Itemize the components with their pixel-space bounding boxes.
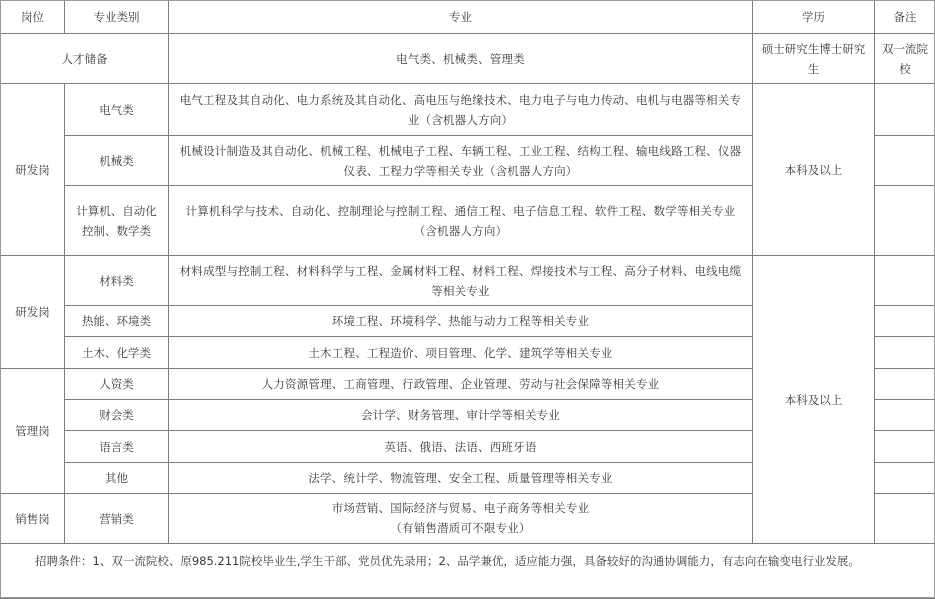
major-cell: 材料成型与控制工程、材料科学与工程、金属材料工程、材料工程、焊接技术与工程、高分…	[169, 256, 753, 306]
recruitment-table: 岗位 专业类别 专业 学历 备注 人才储备 电气类、机械类、管理类 硕士研究生博…	[0, 0, 935, 598]
remarks-cell	[875, 136, 935, 186]
category-cell: 人资类	[65, 369, 169, 400]
category-cell: 营销类	[65, 494, 169, 544]
major-cell: 法学、统计学、物流管理、安全工程、质量管理等相关专业	[169, 463, 753, 494]
category-cell: 计算机、自动化控制、数学类	[65, 186, 169, 256]
position-talent-reserve: 人才储备	[1, 34, 169, 84]
remarks-cell	[875, 337, 935, 369]
remarks-cell	[875, 256, 935, 306]
position-rd-1: 研发岗	[1, 84, 65, 256]
header-remarks: 备注	[875, 1, 935, 34]
major-cell: 人力资源管理、工商管理、行政管理、企业管理、劳动与社会保障等相关专业	[169, 369, 753, 400]
remarks-cell	[875, 186, 935, 256]
category-cell: 财会类	[65, 400, 169, 431]
remarks-cell	[875, 84, 935, 136]
table-row: 研发岗 材料类 材料成型与控制工程、材料科学与工程、金属材料工程、材料工程、焊接…	[1, 256, 935, 306]
major-cell: 会计学、财务管理、审计学等相关专业	[169, 400, 753, 431]
footer-row: 招聘条件：1、双一流院校、原985.211院校毕业生,学生干部、党员优先录用；2…	[1, 544, 935, 599]
remarks-cell	[875, 431, 935, 463]
header-position: 岗位	[1, 1, 65, 34]
major-talent-reserve: 电气类、机械类、管理类	[169, 34, 753, 84]
table-row-talent-reserve: 人才储备 电气类、机械类、管理类 硕士研究生博士研究生 双一流院校	[1, 34, 935, 84]
recruitment-conditions: 招聘条件：1、双一流院校、原985.211院校毕业生,学生干部、党员优先录用；2…	[1, 544, 935, 599]
education-rd-1: 本科及以上	[753, 84, 875, 256]
major-sales-line-2: （有销售潜质可不限专业）	[175, 518, 746, 538]
remarks-cell	[875, 306, 935, 337]
position-rd-2: 研发岗	[1, 256, 65, 369]
major-cell-sales: 市场营销、国际经济与贸易、电子商务等相关专业 （有销售潜质可不限专业）	[169, 494, 753, 544]
header-category: 专业类别	[65, 1, 169, 34]
category-cell: 机械类	[65, 136, 169, 186]
education-general: 本科及以上	[753, 256, 875, 544]
category-cell: 电气类	[65, 84, 169, 136]
education-talent-reserve: 硕士研究生博士研究生	[753, 34, 875, 84]
major-cell: 土木工程、工程造价、项目管理、化学、建筑学等相关专业	[169, 337, 753, 369]
major-cell: 环境工程、环境科学、热能与动力工程等相关专业	[169, 306, 753, 337]
header-row: 岗位 专业类别 专业 学历 备注	[1, 1, 935, 34]
major-sales-line-1: 市场营销、国际经济与贸易、电子商务等相关专业	[175, 498, 746, 518]
major-cell: 英语、俄语、法语、西班牙语	[169, 431, 753, 463]
header-education: 学历	[753, 1, 875, 34]
category-cell: 材料类	[65, 256, 169, 306]
header-major: 专业	[169, 1, 753, 34]
category-cell: 其他	[65, 463, 169, 494]
position-sales: 销售岗	[1, 494, 65, 544]
category-cell: 热能、环境类	[65, 306, 169, 337]
table-row: 研发岗 电气类 电气工程及其自动化、电力系统及其自动化、高电压与绝缘技术、电力电…	[1, 84, 935, 136]
position-management: 管理岗	[1, 369, 65, 494]
category-cell: 土木、化学类	[65, 337, 169, 369]
category-cell: 语言类	[65, 431, 169, 463]
remarks-talent-reserve: 双一流院校	[875, 34, 935, 84]
major-cell: 机械设计制造及其自动化、机械工程、机械电子工程、车辆工程、工业工程、结构工程、输…	[169, 136, 753, 186]
remarks-cell	[875, 369, 935, 400]
major-cell: 计算机科学与技术、自动化、控制理论与控制工程、通信工程、电子信息工程、软件工程、…	[169, 186, 753, 256]
major-cell: 电气工程及其自动化、电力系统及其自动化、高电压与绝缘技术、电力电子与电力传动、电…	[169, 84, 753, 136]
remarks-cell	[875, 400, 935, 431]
remarks-cell	[875, 494, 935, 544]
remarks-cell	[875, 463, 935, 494]
